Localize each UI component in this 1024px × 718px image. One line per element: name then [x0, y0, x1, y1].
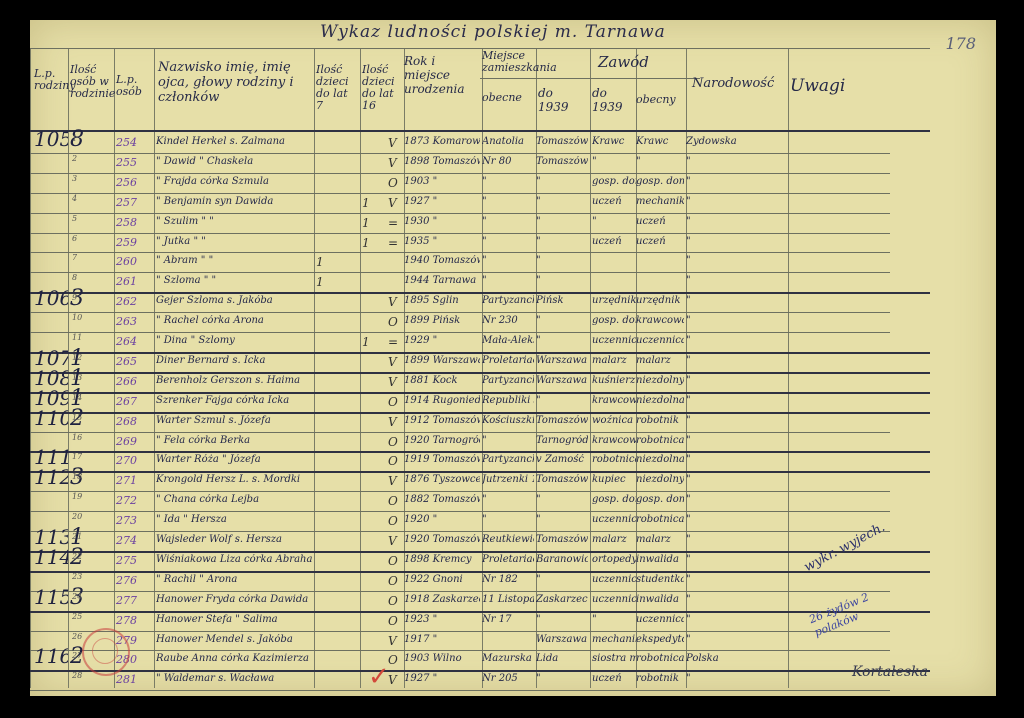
cell-addr-now: Nr 182: [482, 574, 534, 585]
cell-no: 256: [116, 176, 152, 189]
cell-job-now: robotnica: [636, 514, 684, 525]
header-children-16: Ilość dzieci do lat 16: [362, 64, 402, 112]
cell-member-index: 23: [72, 572, 82, 581]
cell-nat: ": [686, 514, 786, 525]
cell-name: " Szulim " ": [156, 216, 312, 227]
cell-addr-1939: ": [536, 494, 588, 505]
cell-no: 265: [116, 355, 152, 368]
cell-born: 1914 Rugoniedło: [404, 395, 480, 406]
cell-no: 281: [116, 673, 152, 686]
cell-mark: O: [388, 594, 402, 608]
cell-mark: V: [388, 196, 402, 210]
cell-addr-now: ": [482, 236, 534, 247]
cell-addr-now: ": [482, 275, 534, 286]
cell-job-now: niezdolny: [636, 474, 684, 485]
cell-born: 1882 Tomaszów L.: [404, 494, 480, 505]
cell-mark: V: [388, 136, 402, 150]
cell-mark: O: [388, 574, 402, 588]
cell-born: 1912 Tomaszów: [404, 415, 480, 426]
cell-name: " Rachel córka Arona: [156, 315, 312, 326]
header-lp-family: L.p. rodziny: [34, 68, 62, 92]
cell-name: " Fela córka Berka: [156, 435, 312, 446]
cell-born: 1922 Gnoni: [404, 574, 480, 585]
cell-no: 275: [116, 554, 152, 567]
cell-no: 263: [116, 315, 152, 328]
header-children-7: Ilość dzieci do lat 7: [316, 64, 354, 112]
cell-no: 267: [116, 395, 152, 408]
cell-name: Gejer Szloma s. Jakóba: [156, 295, 312, 306]
note-summary: 26 żydów 2 polaków: [807, 588, 882, 640]
cell-addr-1939: ": [536, 216, 588, 227]
cell-born: 1935 ": [404, 236, 480, 247]
cell-born: 1903 Wilno: [404, 653, 480, 664]
cell-job-1939: ortopedystka: [592, 554, 636, 565]
cell-job-1939: kupiec: [592, 474, 636, 485]
cell-job-1939: robotnica: [592, 454, 636, 465]
header-name: Nazwisko imię, imię ojca, głowy rodziny …: [158, 60, 318, 105]
cell-member-index: 27: [72, 651, 82, 660]
cell-job-1939: uczennica: [592, 335, 636, 346]
cell-addr-now: Reutkiewicza 38: [482, 534, 534, 545]
cell-addr-now: Nr 80: [482, 156, 534, 167]
cell-job-now: robotnica: [636, 653, 684, 664]
cell-born: 1898 Tomaszów: [404, 156, 480, 167]
cell-mark: O: [388, 614, 402, 628]
header-lp-person: L.p. osób: [116, 74, 146, 98]
cell-member-index: 8: [72, 273, 77, 282]
cell-born: 1920 ": [404, 514, 480, 525]
cell-member-index: 14: [72, 393, 82, 402]
cell-mark: V: [388, 156, 402, 170]
cell-addr-1939: ": [536, 255, 588, 266]
cell-member-index: 22: [72, 552, 82, 561]
cell-job-1939: Krawc: [592, 136, 636, 147]
cell-job-now: niezdolny: [636, 375, 684, 386]
cell-member-index: 17: [72, 452, 82, 461]
cell-addr-now: Nr 17: [482, 614, 534, 625]
cell-fam: 105: [34, 127, 68, 151]
cell-mark: V: [388, 534, 402, 548]
census-sheet: Wykaz ludności polskiej m. Tarnawa 178 L…: [30, 20, 996, 696]
header-family-size: Ilość osób w rodzinie: [70, 64, 110, 100]
cell-job-1939: kuśnierz: [592, 375, 636, 386]
cell-job-1939: mechanik: [592, 634, 636, 645]
cell-name: Wajsleder Wolf s. Hersza: [156, 534, 312, 545]
cell-addr-now: Proletariacka 74: [482, 355, 534, 366]
cell-born: 1927 ": [404, 673, 480, 684]
cell-mark: V: [388, 634, 402, 648]
cell-job-now: ekspedytor: [636, 634, 684, 645]
cell-no: 264: [116, 335, 152, 348]
cell-job-1939: urzędnik: [592, 295, 636, 306]
header-residence-1939: do 1939: [538, 86, 578, 114]
cell-job-1939: gosp. dom.: [592, 315, 636, 326]
cell-nat: ": [686, 673, 786, 684]
cell-addr-1939: ": [536, 315, 588, 326]
header-occupation-1939: do 1939: [592, 86, 632, 114]
cell-job-1939: krawcowa: [592, 435, 636, 446]
cell-no: 255: [116, 156, 152, 169]
cell-nat: Żydowska: [686, 136, 786, 147]
cell-addr-now: Kościuszki 142: [482, 415, 534, 426]
cell-name: " Abram " ": [156, 255, 312, 266]
cell-c16: 1: [362, 196, 386, 210]
note-crossed-out: wykr. wyjech.: [802, 520, 888, 575]
cell-born: 1923 ": [404, 614, 480, 625]
header-occupation-now: obecny: [636, 94, 682, 106]
cell-member-index: 26: [72, 632, 82, 641]
cell-addr-1939: ": [536, 673, 588, 684]
cell-job-now: uczennica: [636, 614, 684, 625]
cell-born: 1903 ": [404, 176, 480, 187]
cell-mark: O: [388, 454, 402, 468]
cell-addr-1939: ": [536, 275, 588, 286]
header-remarks: Uwagi: [790, 78, 870, 94]
cell-job-now: niezdolna: [636, 454, 684, 465]
header-birth: Rok i miejsce urodzenia: [404, 54, 480, 96]
cell-name: " Szloma " ": [156, 275, 312, 286]
cell-addr-now: Nr 230: [482, 315, 534, 326]
cell-mark: O: [388, 514, 402, 528]
cell-c16: 1: [362, 236, 386, 250]
cell-addr-now: Proletariacka: [482, 554, 534, 565]
cell-job-1939: malarz: [592, 534, 636, 545]
cell-no: 278: [116, 614, 152, 627]
cell-fam: 106: [34, 286, 68, 310]
cell-mark: O: [388, 176, 402, 190]
cell-member-index: 18: [72, 472, 82, 481]
cell-nat: ": [686, 375, 786, 386]
cell-job-1939: ": [592, 156, 636, 167]
cell-born: 1873 Komarowo: [404, 136, 480, 147]
cell-no: 274: [116, 534, 152, 547]
cell-job-now: Krawc: [636, 136, 684, 147]
cell-mark: O: [388, 494, 402, 508]
cell-no: 261: [116, 275, 152, 288]
cell-name: " Chana córka Lejba: [156, 494, 312, 505]
cell-name: " Rachil " Arona: [156, 574, 312, 585]
cell-addr-1939: Tomaszów L.: [536, 136, 588, 147]
cell-addr-1939: Tarnogród: [536, 435, 588, 446]
cell-no: 277: [116, 594, 152, 607]
cell-job-1939: siostra miłos.: [592, 653, 636, 664]
cell-mark: V: [388, 415, 402, 429]
cell-job-1939: gosp. dom.: [592, 494, 636, 505]
cell-addr-now: 11 Listopada: [482, 594, 534, 605]
cell-mark: V: [388, 295, 402, 309]
cell-born: 1899 Warszawa: [404, 355, 480, 366]
cell-addr-1939: Tomaszów: [536, 156, 588, 167]
cell-c7: 1: [316, 275, 356, 289]
cell-addr-now: ": [482, 514, 534, 525]
cell-job-1939: uczeń: [592, 196, 636, 207]
cell-job-1939: woźnica: [592, 415, 636, 426]
cell-member-index: 16: [72, 433, 82, 442]
cell-no: 266: [116, 375, 152, 388]
cell-born: 1927 ": [404, 196, 480, 207]
cell-nat: ": [686, 554, 786, 565]
cell-addr-1939: v Zamość: [536, 454, 588, 465]
cell-job-1939: uczeń: [592, 236, 636, 247]
cell-c7: 1: [316, 255, 356, 269]
cell-job-now: niezdolna: [636, 395, 684, 406]
cell-member-index: 12: [72, 353, 82, 362]
cell-addr-1939: Tomaszów: [536, 534, 588, 545]
cell-member-index: 24: [72, 592, 82, 601]
cell-addr-now: ": [482, 494, 534, 505]
cell-born: 1929 ": [404, 335, 480, 346]
cell-fam: 112: [34, 465, 68, 489]
cell-job-1939: ": [592, 216, 636, 227]
cell-born: 1881 Kock: [404, 375, 480, 386]
cell-member-index: 10: [72, 313, 82, 322]
cell-nat: ": [686, 435, 786, 446]
red-stamp: [82, 628, 130, 676]
cell-addr-now: Partyzancka: [482, 295, 534, 306]
cell-addr-1939: ": [536, 395, 588, 406]
cell-name: Hanower Fryda córka Dawida: [156, 594, 312, 605]
cell-job-1939: ": [592, 614, 636, 625]
cell-mark: O: [388, 653, 402, 667]
cell-born: 1917 ": [404, 634, 480, 645]
cell-no: 262: [116, 295, 152, 308]
cell-nat: ": [686, 315, 786, 326]
cell-job-1939: uczennica: [592, 514, 636, 525]
cell-nat: ": [686, 494, 786, 505]
cell-addr-now: Nr 205: [482, 673, 534, 684]
cell-name: Warter Róża " Józefa: [156, 454, 312, 465]
cell-addr-1939: ": [536, 514, 588, 525]
cell-addr-now: Republiki 38: [482, 395, 534, 406]
cell-job-1939: malarz: [592, 355, 636, 366]
cell-job-now: mechanik: [636, 196, 684, 207]
cell-name: Raube Anna córka Kazimierza: [156, 653, 312, 664]
header-residence: Miejsce zamieszkania: [482, 50, 582, 74]
cell-addr-1939: ": [536, 236, 588, 247]
cell-mark: V: [388, 375, 402, 389]
cell-name: " Frajda córka Szmula: [156, 176, 312, 187]
cell-addr-1939: ": [536, 196, 588, 207]
cell-member-index: 25: [72, 612, 82, 621]
cell-member-index: 19: [72, 492, 82, 501]
cell-job-now: ": [636, 156, 684, 167]
cell-job-1939: krawcowa: [592, 395, 636, 406]
cell-nat: ": [686, 196, 786, 207]
cell-job-now: inwalida: [636, 554, 684, 565]
cell-nat: ": [686, 454, 786, 465]
cell-fam: 110: [34, 406, 68, 430]
cell-member-index: 20: [72, 512, 82, 521]
cell-addr-now: Partyzancka 181: [482, 454, 534, 465]
cell-name: Krongold Hersz L. s. Mordki: [156, 474, 312, 485]
cell-member-index: 2: [72, 154, 77, 163]
cell-no: 272: [116, 494, 152, 507]
cell-addr-now: ": [482, 196, 534, 207]
cell-job-now: urzędnik: [636, 295, 684, 306]
cell-nat: ": [686, 574, 786, 585]
cell-born: 1918 Zaskarzec: [404, 594, 480, 605]
cell-fam: 114: [34, 545, 68, 569]
cell-name: Wiśniakowa Liza córka Abrahama: [156, 554, 312, 565]
cell-born: 1944 Tarnawa: [404, 275, 480, 286]
cell-member-index: 5: [72, 214, 77, 223]
cell-mark: =: [388, 216, 402, 230]
cell-born: 1920 Tarnogród: [404, 435, 480, 446]
cell-addr-1939: Pińsk: [536, 295, 588, 306]
cell-name: " Jutka " ": [156, 236, 312, 247]
cell-job-now: studentka: [636, 574, 684, 585]
cell-member-index: 21: [72, 532, 82, 541]
cell-no: 273: [116, 514, 152, 527]
cell-nat: ": [686, 156, 786, 167]
cell-nat: ": [686, 634, 786, 645]
cell-no: 258: [116, 216, 152, 229]
cell-fam: 115: [34, 585, 68, 609]
header-residence-now: obecne: [482, 92, 534, 104]
cell-name: " Dawid " Chaskela: [156, 156, 312, 167]
header-occupation: Zawód: [598, 54, 678, 70]
cell-born: 1899 Pińsk: [404, 315, 480, 326]
cell-addr-1939: ": [536, 574, 588, 585]
signature: Kortałeska: [852, 664, 928, 680]
cell-mark: O: [388, 435, 402, 449]
cell-addr-now: Anatolia: [482, 136, 534, 147]
cell-name: Hanower Stefa " Salima: [156, 614, 312, 625]
cell-job-now: gosp. dom.: [636, 494, 684, 505]
cell-addr-now: ": [482, 435, 534, 446]
cell-nat: ": [686, 614, 786, 625]
red-checkmark: ✓: [368, 662, 390, 692]
cell-name: " Ida " Hersza: [156, 514, 312, 525]
cell-name: Hanower Mendel s. Jakóba: [156, 634, 312, 645]
cell-mark: =: [388, 335, 402, 349]
cell-name: " Benjamin syn Dawida: [156, 196, 312, 207]
cell-job-now: malarz: [636, 534, 684, 545]
cell-job-now: uczennica: [636, 335, 684, 346]
cell-member-index: 1: [72, 134, 77, 143]
cell-no: 271: [116, 474, 152, 487]
cell-born: 1930 ": [404, 216, 480, 227]
cell-job-now: malarz: [636, 355, 684, 366]
cell-nat: ": [686, 295, 786, 306]
cell-addr-1939: Baranowicze: [536, 554, 588, 565]
cell-born: 1898 Kremcy: [404, 554, 480, 565]
cell-member-index: 3: [72, 174, 77, 183]
cell-mark: O: [388, 554, 402, 568]
cell-nat: ": [686, 534, 786, 545]
cell-no: 257: [116, 196, 152, 209]
cell-mark: O: [388, 395, 402, 409]
cell-born: 1940 Tomaszów: [404, 255, 480, 266]
cell-addr-now: ": [482, 216, 534, 227]
cell-no: 268: [116, 415, 152, 428]
cell-born: 1876 Tyszowce: [404, 474, 480, 485]
cell-nat: ": [686, 255, 786, 266]
cell-member-index: 4: [72, 194, 77, 203]
cell-nat: ": [686, 415, 786, 426]
cell-no: 269: [116, 435, 152, 448]
cell-name: Berenholz Gerszon s. Haima: [156, 375, 312, 386]
cell-nat: Polska: [686, 653, 786, 664]
cell-job-now: krawcowa: [636, 315, 684, 326]
cell-member-index: 11: [72, 333, 82, 342]
header-nationality: Narodowość: [692, 76, 784, 92]
cell-nat: ": [686, 335, 786, 346]
cell-member-index: 28: [72, 671, 82, 680]
cell-no: 259: [116, 236, 152, 249]
cell-member-index: 13: [72, 373, 82, 382]
cell-job-1939: uczeń: [592, 673, 636, 684]
cell-member-index: 7: [72, 253, 77, 262]
cell-name: " Waldemar s. Wacława: [156, 673, 312, 684]
cell-nat: ": [686, 355, 786, 366]
cell-job-now: gosp. dom.: [636, 176, 684, 187]
cell-nat: ": [686, 395, 786, 406]
cell-addr-1939: ": [536, 176, 588, 187]
cell-job-now: robotnica: [636, 435, 684, 446]
cell-fam: 116: [34, 644, 68, 668]
cell-c16: 1: [362, 335, 386, 349]
cell-name: Szrenker Fajga córka Icka: [156, 395, 312, 406]
cell-job-now: uczeń: [636, 216, 684, 227]
cell-addr-now: Mazurska: [482, 653, 534, 664]
cell-mark: V: [388, 355, 402, 369]
cell-nat: ": [686, 236, 786, 247]
cell-job-1939: uczennica: [592, 594, 636, 605]
cell-job-now: robotnik: [636, 415, 684, 426]
cell-addr-1939: Tomaszów L.: [536, 474, 588, 485]
cell-member-index: 9: [72, 293, 77, 302]
cell-no: 254: [116, 136, 152, 149]
cell-name: Warter Szmul s. Józefa: [156, 415, 312, 426]
cell-addr-1939: Warszawa: [536, 375, 588, 386]
cell-addr-1939: ": [536, 614, 588, 625]
cell-addr-1939: ": [536, 335, 588, 346]
cell-born: 1919 Tomaszów L.: [404, 454, 480, 465]
cell-born: 1920 Tomaszów L.: [404, 534, 480, 545]
cell-addr-now: Jutrzenki 13: [482, 474, 534, 485]
cell-addr-1939: Lida: [536, 653, 588, 664]
cell-addr-1939: Warszawa: [536, 355, 588, 366]
cell-job-now: uczeń: [636, 236, 684, 247]
cell-no: 270: [116, 454, 152, 467]
cell-addr-1939: Warszawa: [536, 634, 588, 645]
cell-nat: ": [686, 216, 786, 227]
page-number: 178: [945, 34, 976, 53]
cell-addr-now: ": [482, 176, 534, 187]
cell-born: 1895 Sglin: [404, 295, 480, 306]
cell-addr-now: Partyzancka 18: [482, 375, 534, 386]
cell-job-now: inwalida: [636, 594, 684, 605]
cell-member-index: 6: [72, 234, 77, 243]
cell-mark: O: [388, 315, 402, 329]
cell-nat: ": [686, 594, 786, 605]
cell-nat: ": [686, 474, 786, 485]
cell-addr-1939: Tomaszów: [536, 415, 588, 426]
cell-addr-1939: Zaskarzec: [536, 594, 588, 605]
cell-job-now: robotnik: [636, 673, 684, 684]
cell-name: Kindel Herkel s. Zalmana: [156, 136, 312, 147]
cell-mark: V: [388, 673, 402, 687]
cell-c16: 1: [362, 216, 386, 230]
cell-nat: ": [686, 176, 786, 187]
document-title: Wykaz ludności polskiej m. Tarnawa: [320, 22, 666, 42]
cell-mark: =: [388, 236, 402, 250]
cell-no: 276: [116, 574, 152, 587]
cell-no: 260: [116, 255, 152, 268]
cell-member-index: 15: [72, 413, 82, 422]
cell-job-1939: gosp. dom.: [592, 176, 636, 187]
